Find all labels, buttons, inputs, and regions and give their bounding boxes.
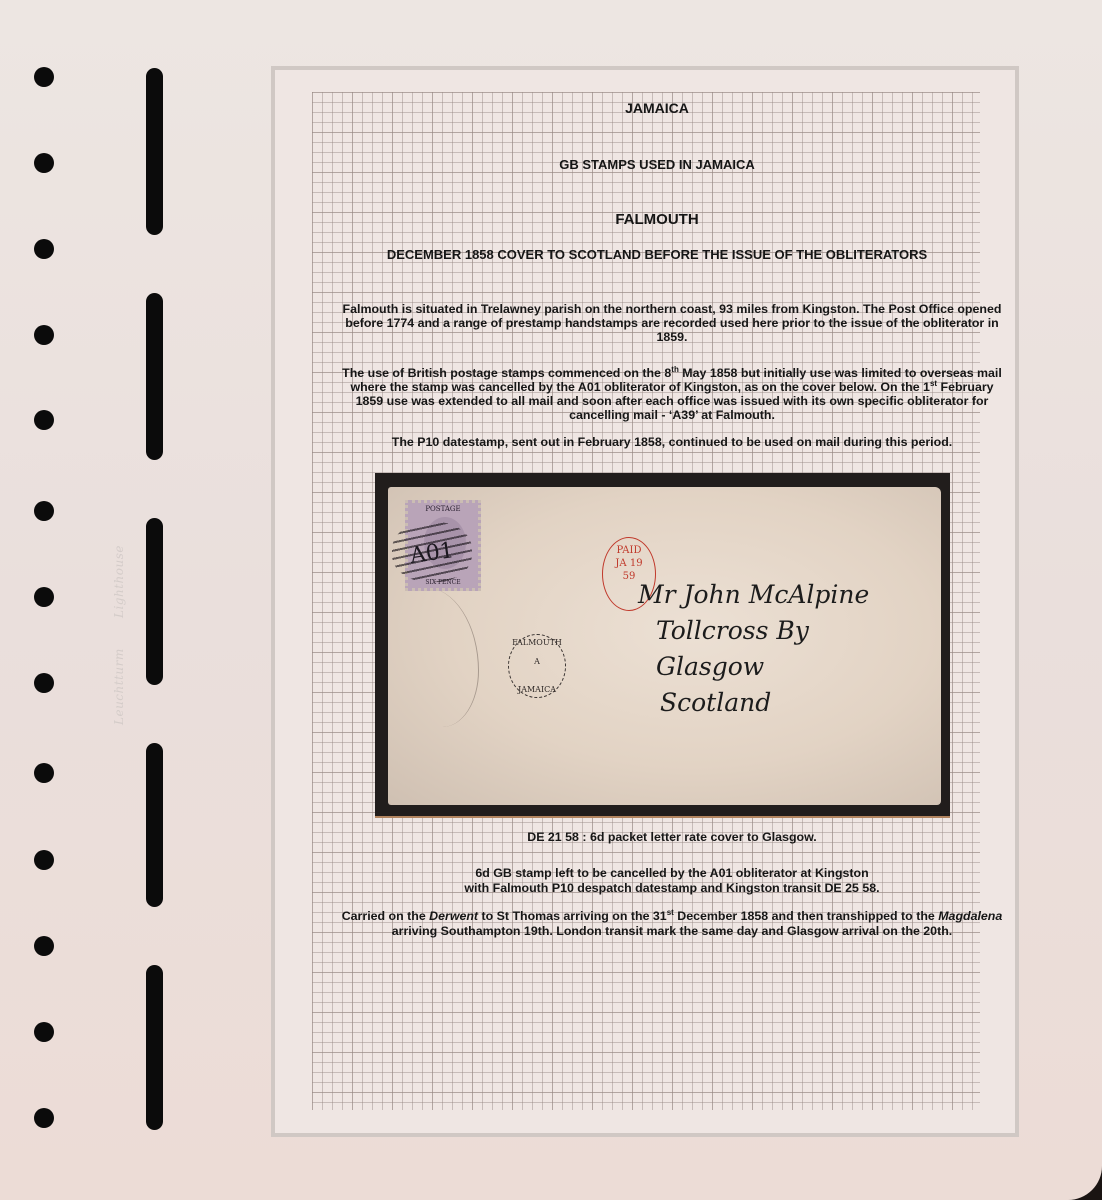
text-run: arriving Southampton 19th. London transi… [392, 924, 952, 938]
binder-slot [146, 68, 163, 235]
intro-paragraph-stamp-usage: The use of British postage stamps commen… [336, 366, 1008, 422]
address-line-street: Tollcross By [656, 613, 938, 649]
paid-date: JA 19 [603, 557, 655, 570]
caption-line: with Falmouth P10 despatch datestamp and… [336, 881, 1008, 896]
ordinal-suffix: th [671, 365, 679, 374]
caption-routing: Carried on the Derwent to St Thomas arri… [336, 909, 1008, 939]
caption-cancellation: 6d GB stamp left to be cancelled by the … [336, 866, 1008, 896]
binder-hole [34, 67, 54, 87]
text-run: The use of British postage stamps commen… [342, 366, 671, 380]
text-run: to St Thomas arriving on the 31 [478, 909, 667, 923]
page-subtitle: GB STAMPS USED IN JAMAICA [312, 157, 1002, 172]
address-line-city: Glasgow [656, 649, 938, 685]
stamp-label-top: POSTAGE [408, 505, 478, 513]
section-description: DECEMBER 1858 COVER TO SCOTLAND BEFORE T… [312, 247, 1002, 262]
datestamp-town: FALMOUTH [509, 638, 565, 647]
text-run: Carried on the [342, 909, 429, 923]
binder-hole [34, 325, 54, 345]
ship-name-magdalena: Magdalena [938, 909, 1002, 923]
binder-hole [34, 410, 54, 430]
falmouth-datestamp: FALMOUTH A JAMAICA [508, 634, 566, 698]
brand-watermark: Leuchtturm Lighthouse [112, 545, 136, 725]
binder-hole [34, 1108, 54, 1128]
ordinal-suffix: st [667, 908, 674, 917]
caption-line: 6d GB stamp left to be cancelled by the … [336, 866, 1008, 881]
datestamp-country: JAMAICA [509, 685, 565, 694]
binder-hole [34, 936, 54, 956]
binder-hole [34, 673, 54, 693]
ship-name-derwent: Derwent [429, 909, 478, 923]
intro-paragraph-datestamp: The P10 datestamp, sent out in February … [336, 435, 1008, 449]
binder-hole [34, 1022, 54, 1042]
binder-slot [146, 293, 163, 460]
brand-lighthouse: Lighthouse [112, 545, 136, 618]
binder-hole [34, 763, 54, 783]
address-line-name: Mr John McAlpine [638, 577, 938, 613]
brand-leuchtturm: Leuchtturm [112, 648, 136, 725]
binder-hole [34, 587, 54, 607]
binder-hole [34, 153, 54, 173]
handwritten-address: Mr John McAlpine Tollcross By Glasgow Sc… [638, 577, 938, 721]
binder-slot [146, 965, 163, 1130]
caption-cover-date: DE 21 58 : 6d packet letter rate cover t… [336, 830, 1008, 845]
binder-slot [146, 518, 163, 685]
section-title-town: FALMOUTH [312, 211, 1002, 228]
binder-hole [34, 850, 54, 870]
album-page: Leuchtturm Lighthouse JAMAICA GB STAMPS … [0, 0, 1102, 1200]
intro-paragraph-history: Falmouth is situated in Trelawney parish… [336, 302, 1008, 344]
datestamp-letter: A [509, 657, 565, 666]
binder-hole [34, 239, 54, 259]
binder-slot [146, 743, 163, 907]
text-run: December 1858 and then transhipped to th… [674, 909, 938, 923]
ordinal-suffix: st [930, 379, 937, 388]
postal-cover: POSTAGE SIX PENCE A01 FALMOUTH A JAMAICA… [388, 487, 941, 805]
paid-label: PAID [603, 544, 655, 557]
address-line-country: Scotland [660, 685, 938, 721]
page-title-country: JAMAICA [312, 100, 1002, 116]
binder-hole [34, 501, 54, 521]
cover-tear [388, 587, 479, 727]
